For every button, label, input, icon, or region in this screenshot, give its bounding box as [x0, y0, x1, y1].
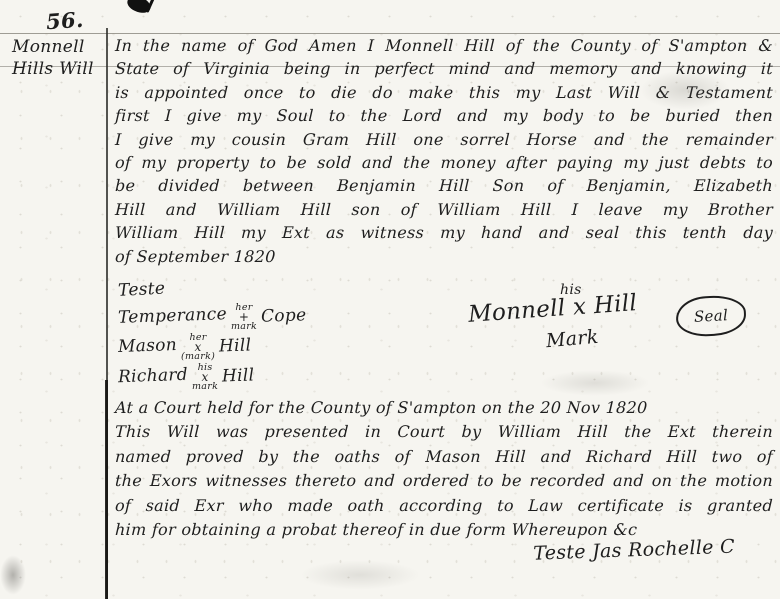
will-text-line: I give my cousin Gram Hill one sorrel Ho… — [115, 128, 774, 151]
witness-signature: Temperance her + mark Cope — [118, 299, 307, 326]
will-text-line: In the name of God Amen I Monnell Hill o… — [115, 34, 774, 57]
probate-text-line: of said Exr who made oath according to L… — [115, 494, 774, 518]
will-body: In the name of God Amen I Monnell Hill o… — [115, 34, 773, 268]
will-text-line: be divided between Benjamin Hill Son of … — [115, 174, 774, 197]
witness-block: Teste Temperance her + mark Cope Mason h… — [118, 276, 307, 386]
witness-mark: his x mark — [192, 363, 218, 391]
probate-text-line: named proved by the oaths of Mason Hill … — [115, 445, 774, 469]
probate-record: At a Court held for the County of S'ampt… — [115, 396, 773, 542]
mark-word-bottom: mark — [231, 322, 257, 331]
margin-label: Monnell Hills Will — [12, 36, 104, 80]
witness-last-name: Hill — [219, 335, 252, 356]
witness-last-name: Cope — [261, 305, 307, 327]
probate-text-line: the Exors witnesses thereto and ordered … — [115, 469, 774, 493]
witness-first-name: Mason — [118, 335, 178, 357]
mark-word-bottom: (mark) — [181, 352, 215, 361]
witness-last-name: Hill — [222, 365, 255, 386]
witness-first-name: Richard — [118, 365, 189, 387]
margin-label-name: Monnell — [12, 36, 104, 58]
will-text-line: Hill and William Hill son of William Hil… — [115, 198, 774, 221]
will-text-line: William Hill my Ext as witness my hand a… — [115, 221, 774, 244]
witness-signature: Mason her x (mark) Hill — [118, 329, 307, 356]
ink-smudge — [0, 555, 26, 595]
page-number: 56. — [45, 7, 84, 35]
will-text-line: is appointed once to die do make this my… — [115, 81, 774, 104]
will-date-line: of September 1820 — [115, 245, 774, 268]
will-text-line: first I give my Soul to the Lord and my … — [115, 104, 774, 127]
testator-signature: Monnell x Hill — [467, 290, 638, 328]
ink-smudge — [540, 370, 650, 396]
probate-text-line: This Will was presented in Court by Will… — [115, 420, 774, 444]
signature-mark-word-bottom: Mark — [545, 326, 599, 352]
seal-stamp: Seal — [675, 294, 747, 338]
teste-label: Teste — [118, 271, 307, 301]
margin-vertical-rule-dark — [105, 380, 108, 599]
witness-first-name: Temperance — [118, 304, 228, 328]
will-text-line: State of Virginia being in perfect mind … — [115, 57, 774, 80]
will-text-line: of my property to be sold and the money … — [115, 151, 774, 174]
witness-signature: Richard his x mark Hill — [118, 359, 307, 386]
witness-mark: her + mark — [231, 303, 257, 331]
probate-text-line: At a Court held for the County of S'ampt… — [115, 396, 774, 420]
margin-label-will: Hills Will — [12, 58, 104, 80]
mark-word-bottom: mark — [192, 382, 218, 391]
scanned-will-page: 56. Monnell Hills Will In the name of Go… — [0, 0, 780, 599]
witness-mark: her x (mark) — [181, 333, 215, 361]
